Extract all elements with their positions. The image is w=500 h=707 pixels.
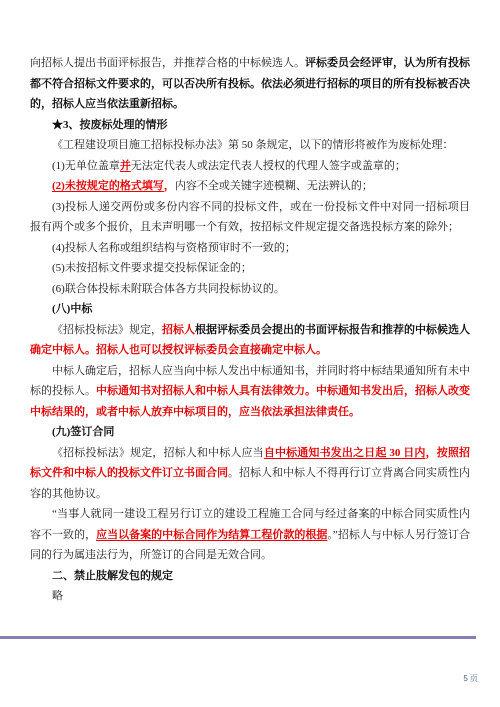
document-page: 向招标人提出书面评标报告，并推荐合格的中标候选人。评标委员会经评审，认为所有投标… [0, 0, 500, 707]
text-run: (4)投标人名称或组织结构与资格预审时不一致的； [52, 242, 296, 254]
paragraph: ★3、按废标处理的情形 [30, 115, 470, 136]
paragraph: 二、禁止肢解发包的规定 [30, 566, 470, 587]
text-run: (5)未按招标文件要求提交投标保证金的； [52, 262, 252, 274]
text-run: 无法定代表人或法定代表人授权的代理人签字或盖章的； [131, 160, 406, 172]
footer-divider [0, 636, 476, 639]
text-run: ， [164, 180, 175, 192]
paragraph: 略 [30, 586, 470, 607]
text-run: (2)未按规定的格式填写 [52, 180, 164, 192]
paragraph: (九)签订合同 [30, 422, 470, 443]
text-run: (1)无单位盖章 [52, 160, 120, 172]
text-run: 应当以备案的中标合同作为结算工程价款的根据 [96, 529, 327, 541]
text-run: 并 [120, 160, 131, 172]
paragraph: (八)中标 [30, 299, 470, 320]
paragraph: (5)未按招标文件要求提交投标保证金的； [30, 258, 470, 279]
text-run: ★3、按废标处理的情形 [52, 119, 168, 131]
text-run: (3)投标人递交两份或多份内容不同的投标文件，或在一份投标文件中对同一招标项目报… [30, 201, 470, 234]
text-run: 向招标人提出书面评标报告，并推荐合格的中标候选人。 [30, 57, 305, 69]
paragraph: (3)投标人递交两份或多份内容不同的投标文件，或在一份投标文件中对同一招标项目报… [30, 197, 470, 238]
text-run: 中标通知书对招标人和中标人具有法律效力。中标通知书发出后，招标人改变中标结果的，… [30, 385, 470, 418]
paragraph: (2)未按规定的格式填写，内容不全或关键字迹模糊、无法辨认的； [30, 176, 470, 197]
text-run: 略 [52, 590, 63, 602]
paragraph: (6)联合体投标未附联合体各方共同投标协议的。 [30, 279, 470, 300]
text-run: 招标人 [162, 324, 195, 336]
text-run: (九)签订合同 [52, 426, 114, 438]
paragraph: 《招标投标法》规定，招标人根据评标委员会提出的书面评标报告和推荐的中标候选人确定… [30, 320, 470, 361]
text-run: 《招标投标法》规定， [52, 324, 162, 336]
paragraph: (4)投标人名称或组织结构与资格预审时不一致的； [30, 238, 470, 259]
text-run: 《工程建设项目施工招标投标办法》第 50 条规定，以下的情形将被作为废标处理： [52, 139, 454, 151]
paragraph: 向招标人提出书面评标报告，并推荐合格的中标候选人。评标委员会经评审，认为所有投标… [30, 53, 470, 115]
paragraph: 《工程建设项目施工招标投标办法》第 50 条规定，以下的情形将被作为废标处理： [30, 135, 470, 156]
paragraph: 中标人确定后，招标人应当向中标人发出中标通知书，并同时将中标结果通知所有未中标的… [30, 361, 470, 423]
paragraph: “当事人就同一建设工程另行订立的建设工程施工合同与经过备案的中标合同实质性内容不… [30, 504, 470, 566]
text-run: 根据评标委员会提出的书面评标报告和推荐的中标候选人 [195, 324, 470, 336]
document-body: 向招标人提出书面评标报告，并推荐合格的中标候选人。评标委员会经评审，认为所有投标… [30, 53, 470, 607]
text-run: 《招标投标法》规定，招标人和中标人应当 [52, 447, 264, 459]
text-run: 确定中标人。招标人也可以授权评标委员会直接确定中标人。 [30, 344, 327, 356]
text-run: 内容不全或关键字迹模糊、无法辨认的； [175, 180, 373, 192]
paragraph: 《招标投标法》规定，招标人和中标人应当自中标通知书发出之日起 30 日内，按照招… [30, 443, 470, 505]
text-run: (八)中标 [52, 303, 92, 315]
page-number: 5 页 [463, 673, 478, 684]
text-run: 二、禁止肢解发包的规定 [52, 570, 173, 582]
text-run: 自中标通知书发出之日起 30 日内 [264, 447, 426, 459]
paragraph: (1)无单位盖章并无法定代表人或法定代表人授权的代理人签字或盖章的； [30, 156, 470, 177]
text-run: (6)联合体投标未附联合体各方共同投标协议的。 [52, 283, 285, 295]
